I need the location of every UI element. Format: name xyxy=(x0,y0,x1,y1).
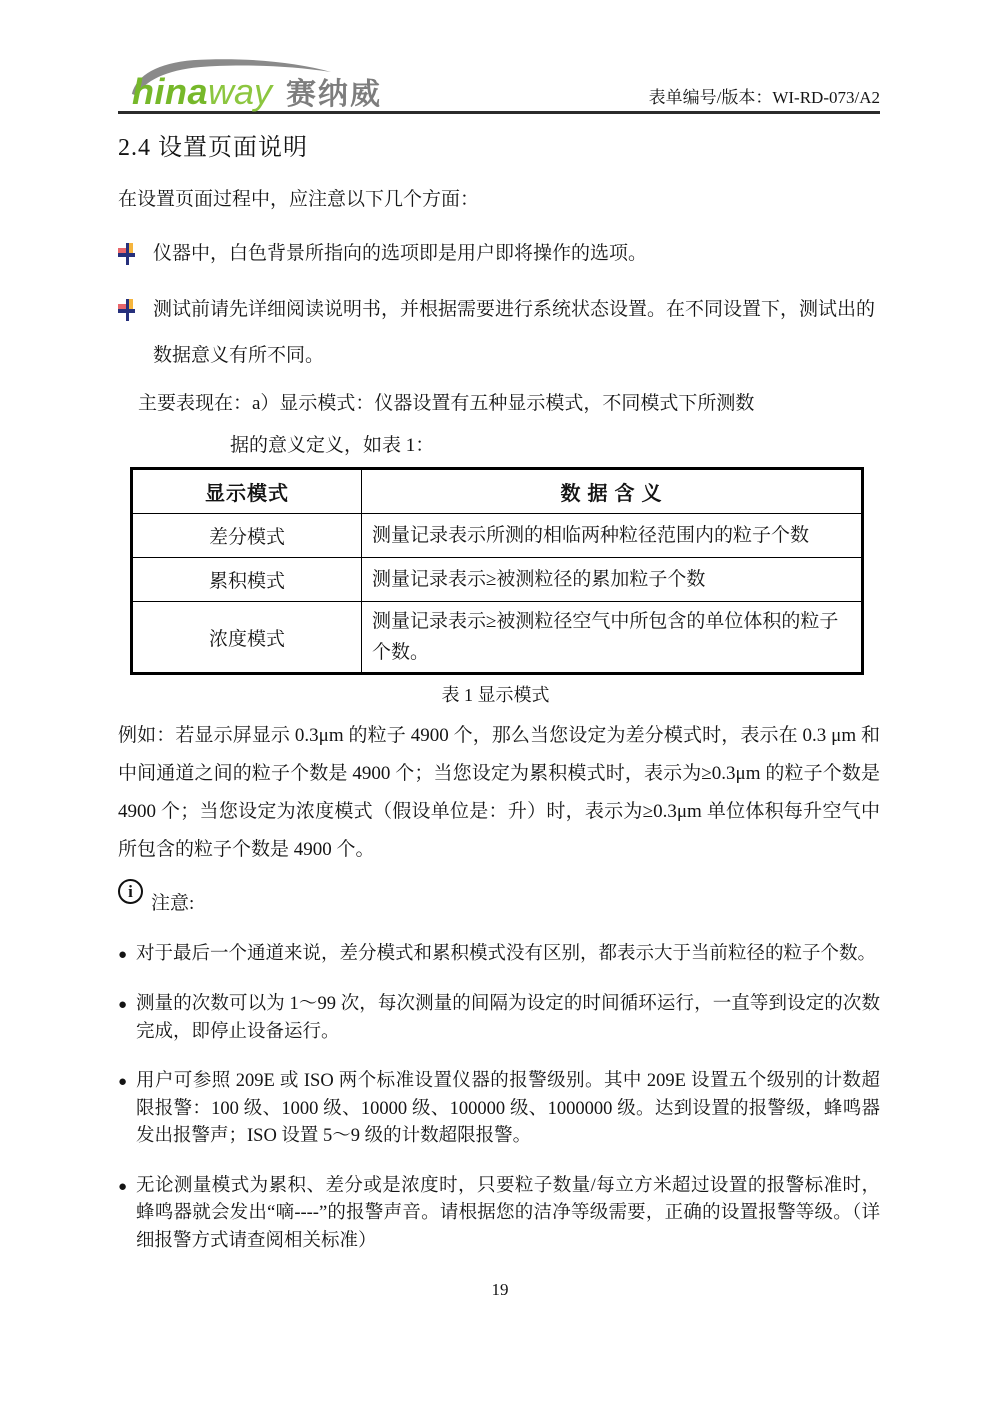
table-cell-meaning: 测量记录表示≥被测粒径的累加粒子个数 xyxy=(362,558,863,602)
note-item-text: 无论测量模式为累积、差分或是浓度时，只要粒子数量/每立方米超过设置的报警标准时，… xyxy=(136,1173,880,1256)
logo-text-hina: hina xyxy=(132,71,208,112)
lead-line: 据的意义定义，如表 1： xyxy=(118,425,880,467)
list-item-text: 仪器中，白色背景所指向的选项即是用户即将操作的选项。 xyxy=(153,231,647,277)
note-list-item: ● 用户可参照 209E 或 ISO 两个标准设置仪器的报警级别。其中 209E… xyxy=(118,1068,880,1151)
doc-code: 表单编号/版本：WI-RD-073/A2 xyxy=(649,83,880,111)
table-row: 浓度模式 测量记录表示≥被测粒径空气中所包含的单位体积的粒子个数。 xyxy=(132,602,863,674)
info-icon-letter: i xyxy=(128,883,133,900)
note-list-item: ● 无论测量模式为累积、差分或是浓度时，只要粒子数量/每立方米超过设置的报警标准… xyxy=(118,1173,880,1256)
lead-line: 主要表现在：a）显示模式：仪器设置有五种显示模式，不同模式下所测数 xyxy=(118,383,880,425)
note-label: 注意: xyxy=(151,888,194,915)
table-row: 差分模式 测量记录表示所测的相临两种粒径范围内的粒子个数 xyxy=(132,514,863,558)
display-modes-table: 显示模式 数 据 含 义 差分模式 测量记录表示所测的相临两种粒径范围内的粒子个… xyxy=(130,467,864,675)
marker-arrow-icon xyxy=(118,243,137,265)
note-item-text: 测量的次数可以为 1～99 次，每次测量的间隔为设定的时间循环运行，一直等到设定… xyxy=(136,991,880,1046)
logo-text-chinese: 赛纳威 xyxy=(286,78,382,111)
table-header-row: 显示模式 数 据 含 义 xyxy=(132,469,863,514)
info-icon: i xyxy=(118,879,143,904)
note-list-item: ● 测量的次数可以为 1～99 次，每次测量的间隔为设定的时间循环运行，一直等到… xyxy=(118,991,880,1046)
table-cell-meaning: 测量记录表示≥被测粒径空气中所包含的单位体积的粒子个数。 xyxy=(362,602,863,674)
table-cell-mode: 差分模式 xyxy=(132,514,362,558)
lead-paragraph: 主要表现在：a）显示模式：仪器设置有五种显示模式，不同模式下所测数 据的意义定义… xyxy=(118,383,880,467)
logo-wordmark: hinaway 赛纳威 xyxy=(132,69,382,113)
table-cell-mode: 浓度模式 xyxy=(132,602,362,674)
section-title: 2.4 设置页面说明 xyxy=(118,133,880,163)
bullet-dot-icon: ● xyxy=(118,992,136,1046)
page-header: hinaway 赛纳威 表单编号/版本：WI-RD-073/A2 xyxy=(118,55,880,114)
table-header-meaning: 数 据 含 义 xyxy=(362,469,863,514)
note-item-text: 对于最后一个通道来说，差分模式和累积模式没有区别，都表示大于当前粒径的粒子个数。 xyxy=(136,941,876,969)
table-caption: 表 1 显示模式 xyxy=(118,681,873,707)
list-item-text: 测试前请先详细阅读说明书，并根据需要进行系统状态设置。在不同设置下，测试出的数据… xyxy=(153,287,880,379)
marker-arrow-icon xyxy=(118,299,137,321)
note-item-text: 用户可参照 209E 或 ISO 两个标准设置仪器的报警级别。其中 209E 设… xyxy=(136,1068,880,1151)
document-page: hinaway 赛纳威 表单编号/版本：WI-RD-073/A2 2.4 设置页… xyxy=(0,55,1000,1255)
note-heading: i 注意: xyxy=(118,879,880,915)
note-list-item: ● 对于最后一个通道来说，差分模式和累积模式没有区别，都表示大于当前粒径的粒子个… xyxy=(118,941,880,969)
table-header-mode: 显示模式 xyxy=(132,469,362,514)
page-number: 19 xyxy=(0,1280,1000,1300)
example-paragraph: 例如：若显示屏显示 0.3μm 的粒子 4900 个，那么当您设定为差分模式时，… xyxy=(118,717,880,869)
table-cell-mode: 累积模式 xyxy=(132,558,362,602)
bullet-dot-icon: ● xyxy=(118,1174,136,1256)
logo-text-way: way xyxy=(208,71,272,112)
company-logo: hinaway 赛纳威 xyxy=(118,55,438,111)
list-item: 测试前请先详细阅读说明书，并根据需要进行系统状态设置。在不同设置下，测试出的数据… xyxy=(118,287,880,379)
bullet-dot-icon: ● xyxy=(118,942,136,969)
bullet-dot-icon: ● xyxy=(118,1069,136,1151)
list-item: 仪器中，白色背景所指向的选项即是用户即将操作的选项。 xyxy=(118,231,880,277)
table-row: 累积模式 测量记录表示≥被测粒径的累加粒子个数 xyxy=(132,558,863,602)
table-cell-meaning: 测量记录表示所测的相临两种粒径范围内的粒子个数 xyxy=(362,514,863,558)
intro-paragraph: 在设置页面过程中，应注意以下几个方面： xyxy=(118,187,880,213)
